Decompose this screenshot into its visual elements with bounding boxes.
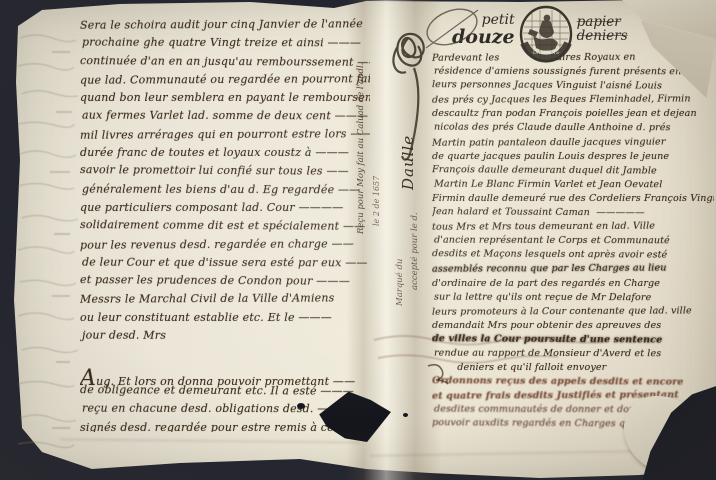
handwritten-line: de obligeance et demeurant etc. Il a est… xyxy=(80,383,370,403)
handwritten-line: Aug. Et lors on donna pouvoir promettant… xyxy=(80,366,370,384)
handwritten-line: que particuliers composant lad. Cour ———… xyxy=(80,201,370,219)
gutter-date-note: le 2 de 1657 xyxy=(372,176,381,226)
ink-dot xyxy=(403,413,408,417)
scanner-background: Sera le schoira audit jour cinq Janvier … xyxy=(0,0,716,480)
handwritten-line: savoir le promettoir lui confié sur tous… xyxy=(80,163,370,183)
left-page-text: Sera le schoira audit jour cinq Janvier … xyxy=(80,18,370,432)
right-page-text: Pardevant les notaires Royaux enrésidenc… xyxy=(432,52,714,448)
notary-signature: Daulle xyxy=(399,135,417,190)
handwritten-line: d'ordinaire de la part des regardés en C… xyxy=(432,278,714,292)
handwritten-line: quand bon leur semblera en payant le rem… xyxy=(80,91,370,109)
handwritten-line: assemblés reconnu que par les Charges au… xyxy=(432,263,714,279)
handwritten-line: Sera le schoira audit jour cinq Janvier … xyxy=(80,18,370,37)
handwritten-line: nicolas des prés Claude daulle Anthoine … xyxy=(434,122,714,137)
gutter-marked-note: Marqué du xyxy=(395,259,405,306)
handwritten-line: mil livres arrérages qui en pourront est… xyxy=(80,127,370,147)
handwritten-line: François daulle demeurant duquel dit Jam… xyxy=(432,164,714,180)
handwritten-line: prochaine ghe quatre Vingt treize et ain… xyxy=(82,36,370,55)
handwritten-line: Martin patin pantaleon daulle jacques vi… xyxy=(432,136,714,152)
handwritten-line: de quarte jacques paulin Louis despres l… xyxy=(432,151,714,165)
handwritten-line: Martin Le Blanc Firmin Varlet et Jean Oe… xyxy=(434,178,714,193)
handwritten-line: leurs promoteurs à la Cour contenante qu… xyxy=(432,305,714,321)
handwritten-line: solidairement comme dit est et spécialem… xyxy=(80,218,370,238)
handwritten-line: tous Mrs et Mrs tous demeurant en lad. V… xyxy=(432,220,714,236)
gutter-accepted-note: accepté pour le d. xyxy=(410,212,420,290)
gutter-registration-note: Reçu pour Moy fait au Caluad de l'audl. xyxy=(356,19,366,234)
handwritten-line: et passer les prudences de Condon pour —… xyxy=(80,273,370,293)
handwritten-line: Firmin daulle demeuré rue des Cordeliers… xyxy=(432,193,714,207)
handwritten-line: de leur Cour et que d'issue sera esté pa… xyxy=(82,255,370,274)
stamp-emblem-icon: ·DAMIENS· xyxy=(518,5,574,65)
dogear-fold xyxy=(612,0,716,100)
handwritten-line xyxy=(80,347,370,367)
handwritten-line: aux fermes Varlet lad. somme de deux cen… xyxy=(82,109,370,128)
offset-ink-texture xyxy=(368,330,618,370)
svg-text:·DAMIENS·: ·DAMIENS· xyxy=(531,50,561,56)
handwritten-line: descaultz fran podan François poielles j… xyxy=(432,108,714,122)
handwritten-line: Messrs le Marchal Civil de la Ville d'Am… xyxy=(80,292,370,312)
handwritten-line: durée franc de toutes et loyaux coustz à… xyxy=(80,146,370,164)
bleedthrough-texture xyxy=(12,24,82,454)
handwritten-line: sur la lettre qu'ils ont reçue de Mr Del… xyxy=(434,291,714,306)
handwritten-line: généralement les biens d'au d. Eg regard… xyxy=(82,182,370,201)
handwritten-line: que lad. Communauté ou regardée en pourr… xyxy=(80,72,370,92)
ink-dot xyxy=(297,403,305,409)
handwritten-line: pour les revenus desd. regardée en charg… xyxy=(80,237,370,257)
handwritten-line: jour desd. Mrs xyxy=(82,329,370,348)
handwritten-line: continuée d'an en an jusqu'au remboursse… xyxy=(80,54,370,74)
handwritten-line: ou leur constituant establie etc. Et le … xyxy=(80,311,370,329)
